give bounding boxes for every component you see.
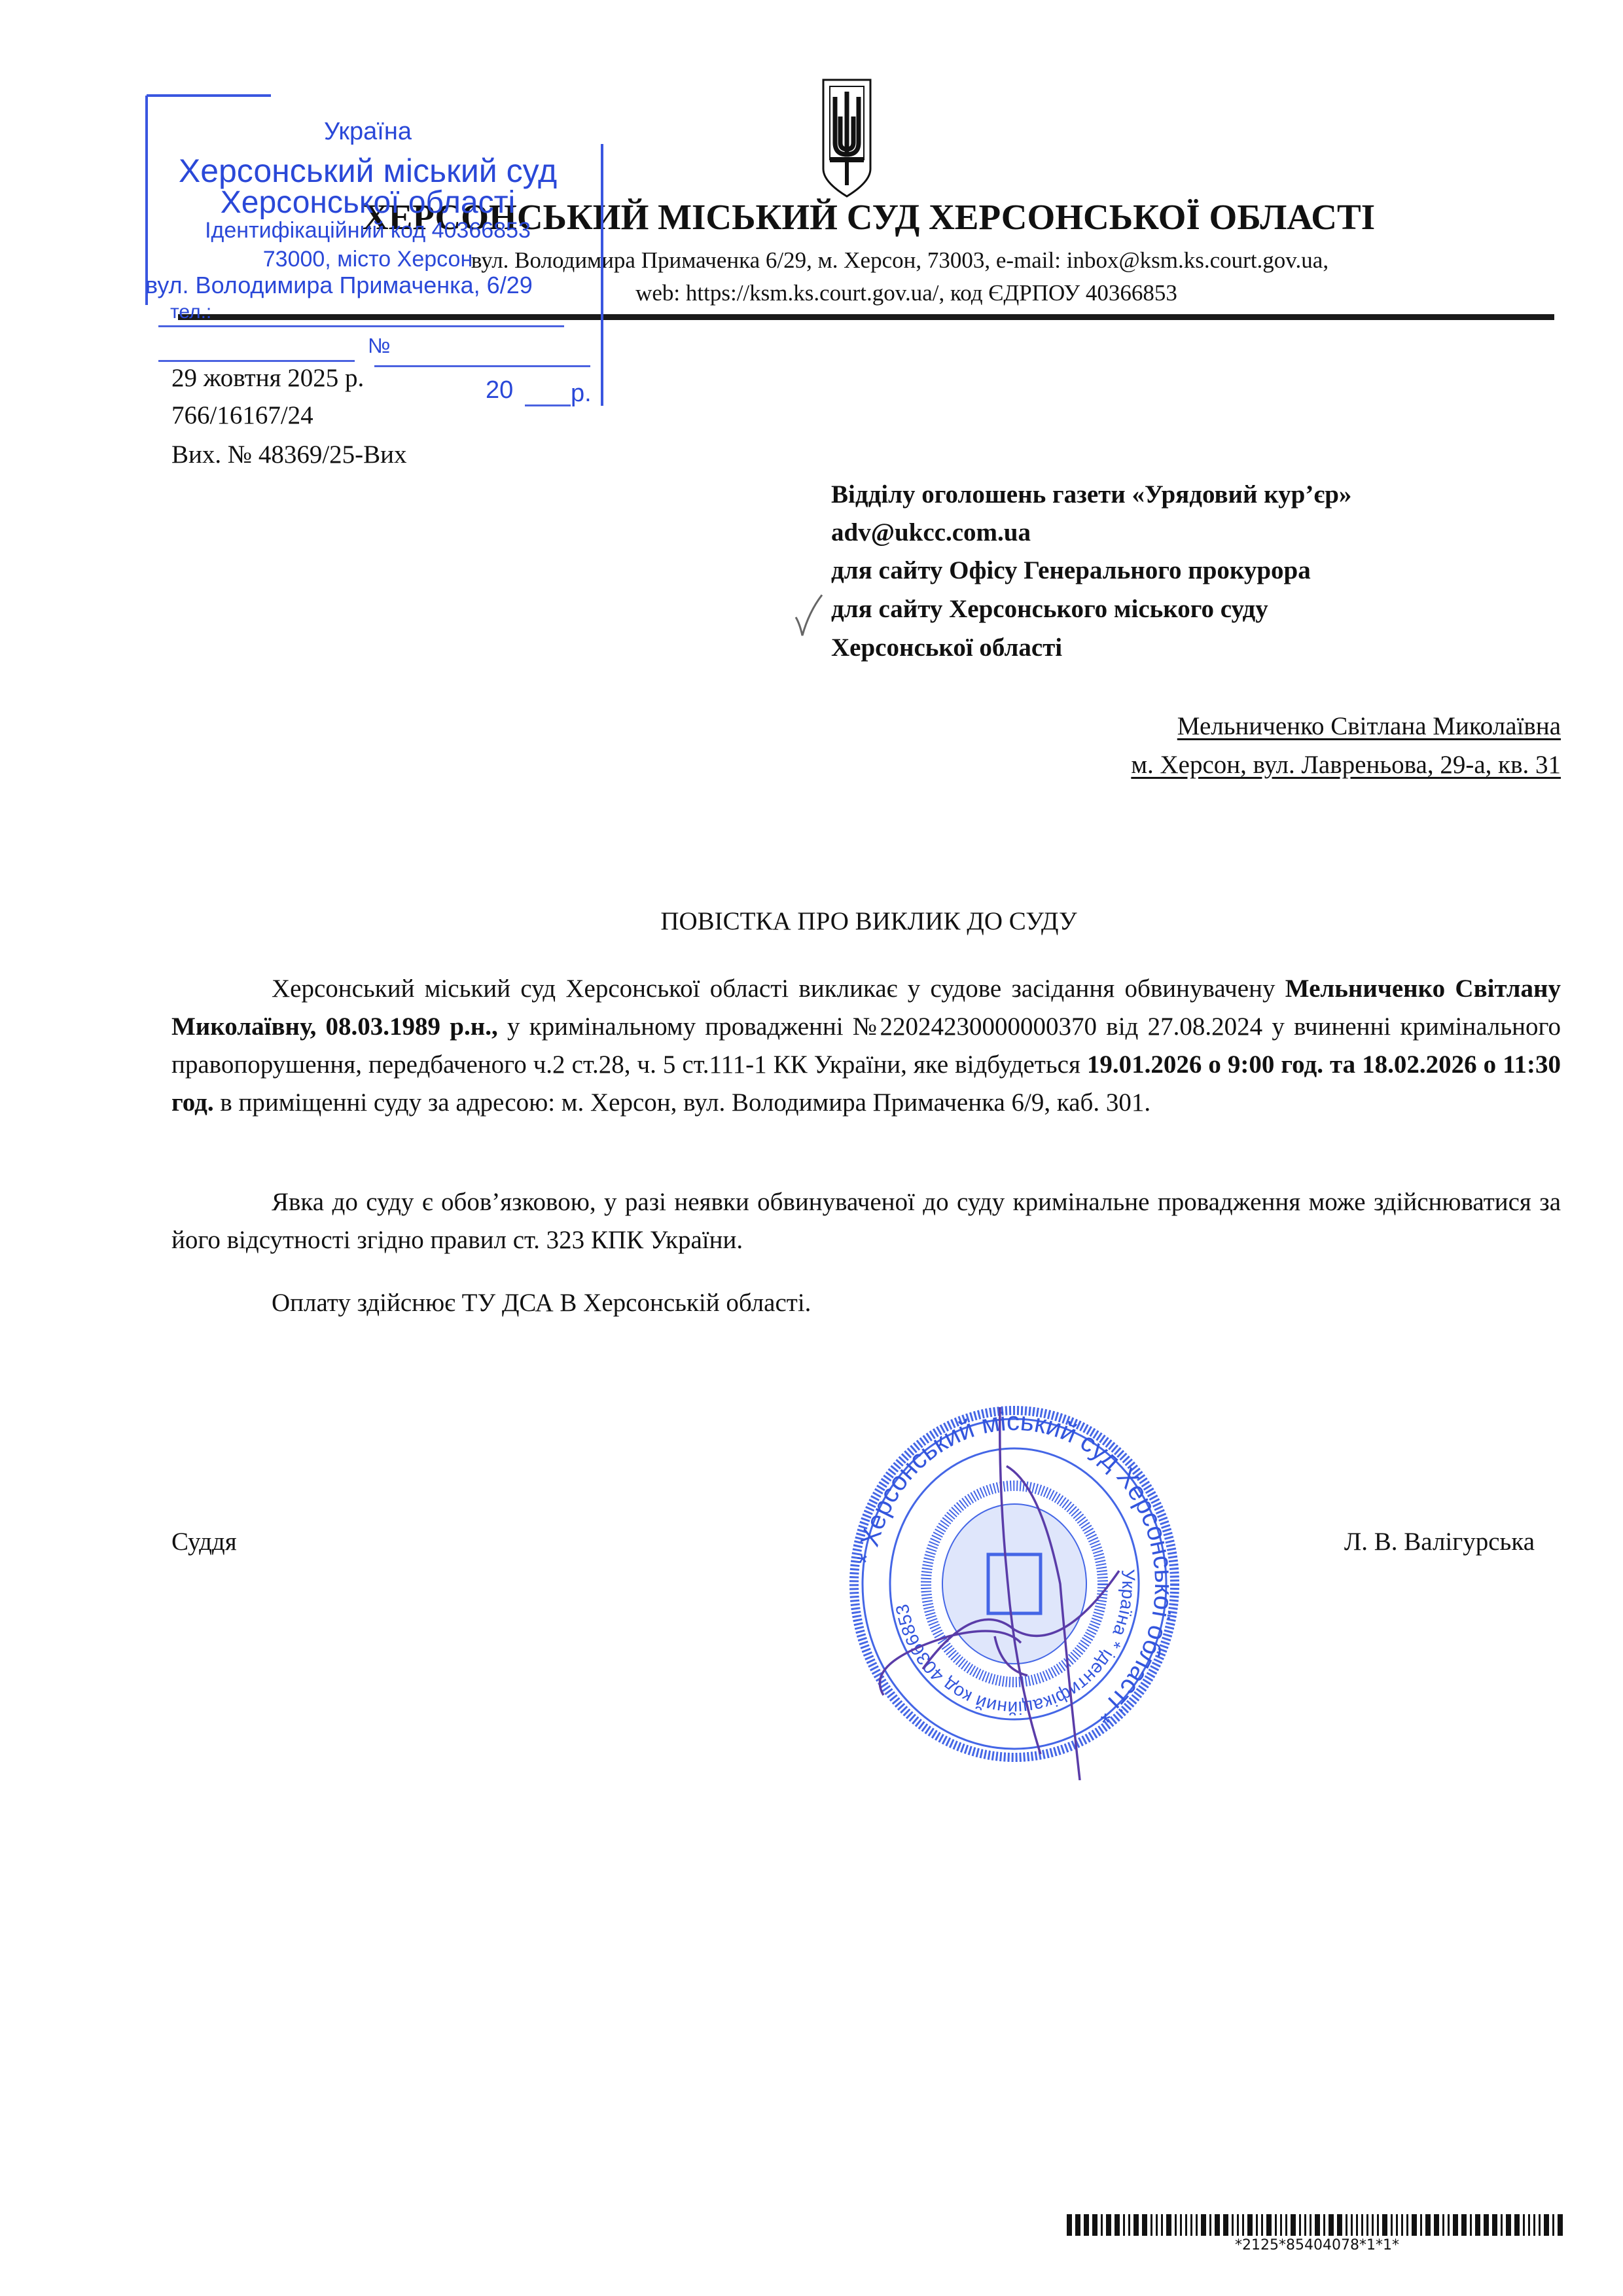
barcode-bar <box>1366 2214 1368 2236</box>
barcode-bar <box>1256 2214 1258 2236</box>
barcode-bar <box>1382 2214 1387 2236</box>
barcode-bar <box>1514 2214 1520 2236</box>
barcode-bar <box>1406 2214 1408 2236</box>
barcode-bar <box>1190 2214 1192 2236</box>
barcode-bar <box>1232 2214 1234 2236</box>
payment-paragraph: Оплату здійснює ТУ ДСА В Херсонській обл… <box>171 1284 1561 1322</box>
addressee-line: для сайту Офісу Генерального прокурора <box>831 556 1311 585</box>
stamp-rule <box>158 325 564 327</box>
barcode-bar <box>1501 2214 1503 2236</box>
barcode-bar <box>1539 2214 1541 2236</box>
barcode-bar <box>1315 2214 1320 2236</box>
barcode-bar <box>1304 2214 1306 2236</box>
stamp-number-label: № <box>368 334 390 358</box>
stamp-line: тел.: <box>170 301 236 323</box>
signer-role: Суддя <box>171 1527 237 1556</box>
barcode-bar <box>1401 2214 1403 2236</box>
checkmark-icon <box>792 592 825 638</box>
barcode-bar <box>1247 2214 1253 2236</box>
barcode-bar <box>1372 2214 1374 2236</box>
barcode-bar <box>1420 2214 1422 2236</box>
barcode-bar <box>1337 2214 1342 2236</box>
barcode-bar <box>1175 2214 1177 2236</box>
barcode-bar <box>1391 2214 1393 2236</box>
stamp-line: Україна <box>139 118 597 146</box>
document-date: 29 жовтня 2025 р. <box>171 363 364 393</box>
addressee-email: adv@ukcc.com.ua <box>831 518 1031 547</box>
barcode-bar <box>1209 2214 1211 2236</box>
addressee-line: Херсонської області <box>831 633 1062 662</box>
recipient-address: м. Херсон, вул. Лавреньова, 29-а, кв. 31 <box>1131 750 1561 780</box>
barcode-bar <box>1242 2214 1244 2236</box>
barcode-bar <box>1092 2214 1097 2236</box>
stamp-line: вул. Володимира Примаченка, 6/29 <box>126 272 603 299</box>
barcode-bar <box>1434 2214 1439 2236</box>
barcode-bar <box>1310 2214 1311 2236</box>
barcode-bar <box>1261 2214 1263 2236</box>
barcode-bar <box>1133 2214 1139 2236</box>
barcode-bar <box>1453 2214 1458 2236</box>
barcode-bar <box>1484 2214 1489 2236</box>
trident-emblem-icon <box>821 77 873 198</box>
barcode-bar <box>1185 2214 1187 2236</box>
barcode-bar <box>1475 2214 1480 2236</box>
barcode-bar <box>1067 2214 1072 2236</box>
stamp-year-prefix: 20 <box>486 376 513 404</box>
barcode-bar <box>1299 2214 1301 2236</box>
barcode-bar <box>1142 2214 1147 2236</box>
barcode-bar <box>1544 2214 1549 2236</box>
barcode-bar <box>1180 2214 1182 2236</box>
stamp-rule <box>525 404 571 406</box>
barcode-bar <box>1533 2214 1535 2236</box>
barcode-bar <box>1528 2214 1530 2236</box>
barcode-bar <box>1412 2214 1417 2236</box>
barcode-bar <box>1323 2214 1325 2236</box>
barcode-bar <box>1201 2214 1206 2236</box>
recipient-name: Мельниченко Світлана Миколаївна <box>1177 711 1561 741</box>
barcode-bar <box>1291 2214 1296 2236</box>
addressee-line: для сайту Херсонського міського суду <box>831 594 1268 624</box>
barcode-bar <box>1150 2214 1152 2236</box>
barcode-bar <box>1442 2214 1444 2236</box>
barcode-bar <box>1351 2214 1353 2236</box>
signer-name: Л. В. Валігурська <box>1344 1527 1535 1556</box>
barcode-bar <box>1123 2214 1125 2236</box>
barcode-bar <box>1552 2214 1554 2236</box>
outgoing-number: Вих. № 48369/25-Вих <box>171 440 407 469</box>
case-number: 766/16167/24 <box>171 401 313 430</box>
stamp-line: Ідентифікаційний код 40366853 <box>139 218 597 243</box>
barcode-bar <box>1215 2214 1220 2236</box>
registration-stamp: Україна Херсонський міський суд Херсонсь… <box>139 92 600 399</box>
barcode-bar <box>1156 2214 1158 2236</box>
barcode-bar <box>1084 2214 1089 2236</box>
barcode-bar <box>1558 2214 1563 2236</box>
barcode-bar <box>1237 2214 1239 2236</box>
barcode-bar <box>1523 2214 1525 2236</box>
stamp-frame <box>147 94 271 97</box>
stamp-line: 73000, місто Херсон <box>139 247 597 272</box>
paragraph-text: в приміщенні суду за адресою: м. Херсон,… <box>214 1088 1151 1117</box>
barcode-bar <box>1396 2214 1398 2236</box>
barcode-bar <box>1101 2214 1103 2236</box>
barcode-bar <box>1470 2214 1472 2236</box>
barcode-bar <box>1196 2214 1198 2236</box>
paragraph-text: Херсонський міський суд Херсонської обла… <box>272 975 1285 1003</box>
court-seal-icon: * Херсонський міський суд Херсонської об… <box>844 1388 1185 1780</box>
stamp-rule <box>158 360 355 362</box>
barcode-bar <box>1115 2214 1120 2236</box>
barcode-number: *2125*85404078*1*1* <box>1067 2237 1567 2253</box>
barcode-bar <box>1128 2214 1130 2236</box>
barcode-bar <box>1492 2214 1497 2236</box>
barcode-bar <box>1275 2214 1277 2236</box>
barcode-bar <box>1161 2214 1163 2236</box>
summons-paragraph: Херсонський міський суд Херсонської обла… <box>171 970 1561 1122</box>
barcode-bar <box>1356 2214 1358 2236</box>
barcode-bar <box>1425 2214 1431 2236</box>
barcode <box>1067 2214 1567 2236</box>
barcode-bar <box>1461 2214 1467 2236</box>
barcode-bar <box>1166 2214 1171 2236</box>
stamp-rule <box>374 365 590 367</box>
barcode-bar <box>1223 2214 1228 2236</box>
barcode-bar <box>1346 2214 1347 2236</box>
barcode-bar <box>1448 2214 1450 2236</box>
barcode-bar <box>1377 2214 1379 2236</box>
barcode-bar <box>1329 2214 1334 2236</box>
summons-title: ПОВІСТКА ПРО ВИКЛИК ДО СУДУ <box>0 906 1623 936</box>
addressee-line: Відділу оголошень газети «Урядовий кур’є… <box>831 480 1351 509</box>
barcode-bar <box>1075 2214 1080 2236</box>
barcode-bar <box>1106 2214 1111 2236</box>
barcode-bar <box>1266 2214 1272 2236</box>
stamp-year-suffix: р. <box>571 380 592 408</box>
stamp-line: Херсонської області <box>139 185 597 221</box>
barcode-bar <box>1506 2214 1511 2236</box>
barcode-bar <box>1361 2214 1363 2236</box>
barcode-bar <box>1280 2214 1282 2236</box>
barcode-bar <box>1285 2214 1287 2236</box>
attendance-paragraph: Явка до суду є обов’язковою, у разі неяв… <box>171 1183 1561 1259</box>
